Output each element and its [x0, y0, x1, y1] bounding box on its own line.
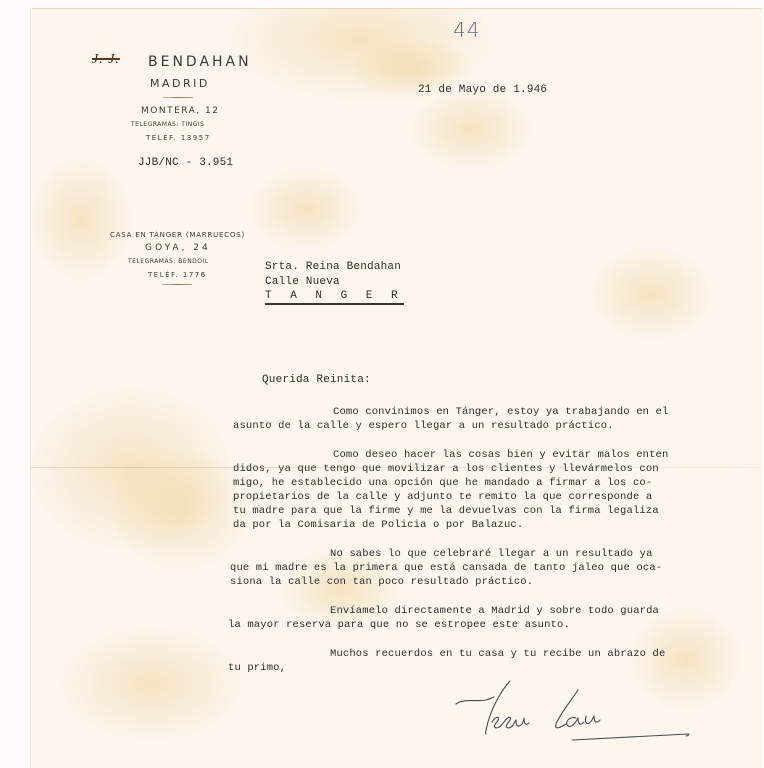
stain [251, 169, 361, 249]
body-line: la mayor reserva para que no se estropee… [228, 618, 570, 632]
letter-date: 21 de Mayo de 1.946 [418, 84, 547, 96]
body-line: propietarios de la calle y adjunto te re… [233, 490, 652, 504]
stain [31, 159, 131, 279]
letterhead-name: BENDAHAN [148, 54, 252, 70]
branch-rule [162, 284, 192, 285]
stain [61, 629, 241, 739]
letterhead-phone: TELÉF. 13957 [146, 134, 211, 142]
body-line: Envíamelo directamente a Madrid y sobre … [330, 604, 659, 618]
stain [31, 389, 231, 549]
branch-telegrams: TELEGRAMAS: BENDOIL [128, 258, 209, 265]
signature-scribble-icon [452, 678, 692, 748]
body-line: asunto de la calle y espero llegar a un … [233, 419, 614, 433]
body-line: Como deseo hacer las cosas bien y evitar… [333, 448, 668, 462]
stain [591, 249, 711, 339]
letterhead-rule [163, 97, 193, 98]
recipient-name: Srta. Reina Bendahan [265, 261, 401, 273]
body-line: tu primo, [228, 661, 286, 675]
reference-number: JJB/NC - 3.951 [138, 157, 233, 169]
letterhead-initials: J. J. [92, 52, 120, 68]
recipient-city: T A N G E R [265, 290, 404, 305]
branch-phone: TELÉF. 1776 [148, 271, 207, 279]
letterhead-address: MONTERA, 12 [141, 106, 220, 116]
body-line: didos, ya que tengo que movilizar a los … [233, 462, 659, 476]
letterhead-city: MADRID [150, 77, 210, 90]
body-line: tu madre para que la firme y me la devue… [233, 504, 659, 518]
signature [452, 678, 692, 753]
letterhead-telegrams: TELEGRAMAS: TINGIS [131, 121, 204, 128]
page-number: 44 [453, 18, 480, 42]
body-line: siona la calle con tan poco resultado pr… [230, 575, 533, 589]
branch-title: CASA EN TÁNGER (MARRUECOS) [110, 231, 245, 239]
body-line: da por la Comisaria de Policia o por Bal… [233, 518, 523, 532]
body-line: Muchos recuerdos en tu casa y tu recibe … [330, 647, 665, 661]
salutation: Querida Reinita: [262, 374, 371, 386]
body-line: migo, he establecido una opción que he m… [233, 476, 652, 490]
body-line: Como convinimos en Tánger, estoy ya trab… [333, 405, 668, 419]
branch-address: GOYA, 24 [145, 243, 211, 253]
body-line: que mi madre es la primera que está cans… [230, 561, 662, 575]
recipient-street: Calle Nueva [265, 276, 340, 288]
stain [411, 89, 531, 169]
body-line: No sabes lo que celebraré llegar a un re… [330, 547, 653, 561]
